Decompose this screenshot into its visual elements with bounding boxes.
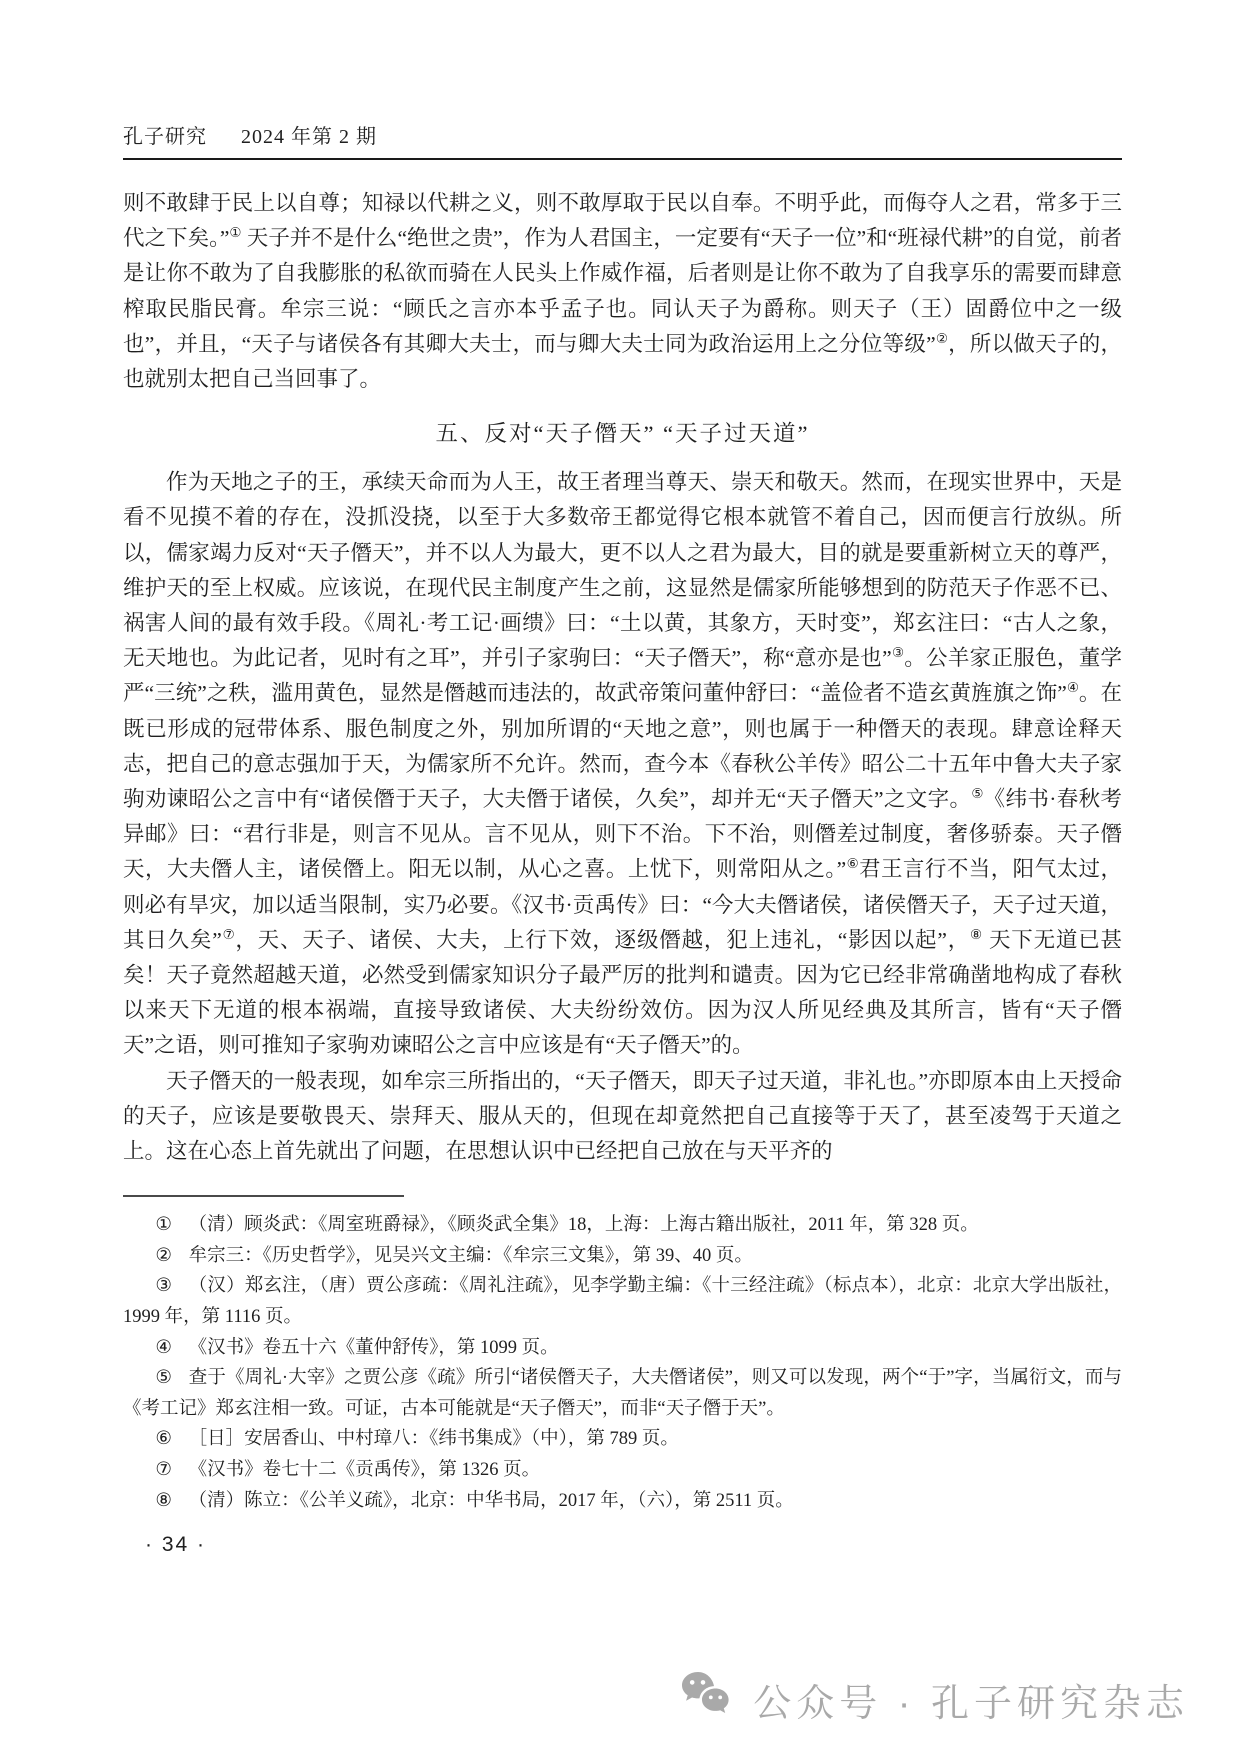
footnote-text: （汉）郑玄注，（唐）贾公彦疏：《周礼注疏》，见李学勤主编：《十三经注疏》（标点本… [123,1276,1122,1327]
footnote-number: ⑥ [155,1429,172,1449]
journal-page: 孔子研究 2024 年第 2 期 则不敢肆于民上以自尊；知禄以代耕之义，则不敢厚… [0,0,1241,1754]
footnote-text: ［日］安居香山、中村璋八：《纬书集成》（中），第 789 页。 [189,1429,679,1449]
issue-label: 2024 年第 2 期 [241,120,377,149]
journal-title: 孔子研究 [123,120,207,149]
page-header: 孔子研究 2024 年第 2 期 [123,120,1122,160]
footnote-ref: ⑤ [971,786,983,801]
article-body: 则不敢肆于民上以自尊；知禄以代耕之义，则不敢厚取于民以自奉。不明乎此，而侮夺人之… [123,186,1122,1169]
footnote-text: 查于《周礼·大宰》之贾公彦《疏》所引“诸侯僭天子，大夫僭诸侯”，则又可以发现，两… [123,1368,1122,1419]
footnote-text: （清）陈立：《公羊义疏》，北京：中华书局，2017 年，（六），第 2511 页… [189,1491,794,1511]
footnote-number: ⑤ [155,1368,172,1388]
section-heading: 五、反对“天子僭天” “天子过天道” [123,416,1122,448]
footnote-item: ①（清）顾炎武：《周室班爵禄》，《顾炎武全集》18，上海：上海古籍出版社，201… [123,1210,1122,1241]
footnote-item: ②牟宗三：《历史哲学》，见吴兴文主编：《牟宗三文集》，第 39、40 页。 [123,1241,1122,1272]
footnote-ref: ② [936,331,948,346]
footnote-text: 《汉书》卷七十二《贡禹传》，第 1326 页。 [189,1460,541,1480]
footnote-number: ⑧ [155,1491,172,1511]
footnote-text: 牟宗三：《历史哲学》，见吴兴文主编：《牟宗三文集》，第 39、40 页。 [189,1246,753,1266]
footnote-item: ⑧（清）陈立：《公羊义疏》，北京：中华书局，2017 年，（六），第 2511 … [123,1486,1122,1517]
footnote-ref: ⑥ [846,856,859,871]
paragraph-text: ，天、天子、诸侯、大夫，上行下效，逐级僭越，犯上违礼，“影因以起”， [235,928,970,952]
watermark-text: 公众号 · 孔子研究杂志 [753,1672,1189,1727]
footnote-item: ⑤查于《周礼·大宰》之贾公彦《疏》所引“诸侯僭天子，大夫僭诸侯”，则又可以发现，… [123,1363,1122,1424]
footnote-separator [123,1195,404,1197]
body-paragraph: 作为天地之子的王，承续天命而为人王，故王者理当尊天、崇天和敬天。然而，在现实世界… [123,465,1122,1063]
footnote-item: ⑦《汉书》卷七十二《贡禹传》，第 1326 页。 [123,1455,1122,1486]
body-paragraph: 天子僭天的一般表现，如牟宗三所指出的，“天子僭天，即天子过天道，非礼也。”亦即原… [123,1064,1122,1170]
paragraph-text: 天子僭天的一般表现，如牟宗三所指出的，“天子僭天，即天子过天道，非礼也。”亦即原… [123,1069,1122,1163]
footnote-ref: ⑦ [222,927,236,942]
footnotes-list: ①（清）顾炎武：《周室班爵禄》，《顾炎武全集》18，上海：上海古籍出版社，201… [123,1210,1122,1516]
body-paragraph: 则不敢肆于民上以自尊；知禄以代耕之义，则不敢厚取于民以自奉。不明乎此，而侮夺人之… [123,186,1122,397]
footnote-ref: ⑧ [970,927,983,942]
footnote-number: ③ [155,1276,172,1296]
page-number: · 34 · [145,1533,1122,1557]
footnote-number: ④ [155,1338,172,1358]
footnote-item: ⑥［日］安居香山、中村璋八：《纬书集成》（中），第 789 页。 [123,1424,1122,1455]
footnote-number: ⑦ [155,1460,172,1480]
footnote-item: ④《汉书》卷五十六《董仲舒传》，第 1099 页。 [123,1333,1122,1364]
footnote-item: ③（汉）郑玄注，（唐）贾公彦疏：《周礼注疏》，见李学勤主编：《十三经注疏》（标点… [123,1271,1122,1332]
footnote-number: ① [155,1215,172,1235]
footnote-text: （清）顾炎武：《周室班爵禄》，《顾炎武全集》18，上海：上海古籍出版社，2011… [189,1215,979,1235]
footnote-text: 《汉书》卷五十六《董仲舒传》，第 1099 页。 [189,1338,559,1358]
footnote-ref: ③ [892,645,905,660]
footnote-ref: ① [229,225,241,240]
footnote-number: ② [155,1246,172,1266]
paragraph-text: 作为天地之子的王，承续天命而为人王，故王者理当尊天、崇天和敬天。然而，在现实世界… [123,470,1122,670]
footer-watermark: 公众号 · 孔子研究杂志 [679,1670,1189,1728]
footnote-ref: ④ [1067,680,1079,695]
wechat-icon [679,1670,737,1728]
